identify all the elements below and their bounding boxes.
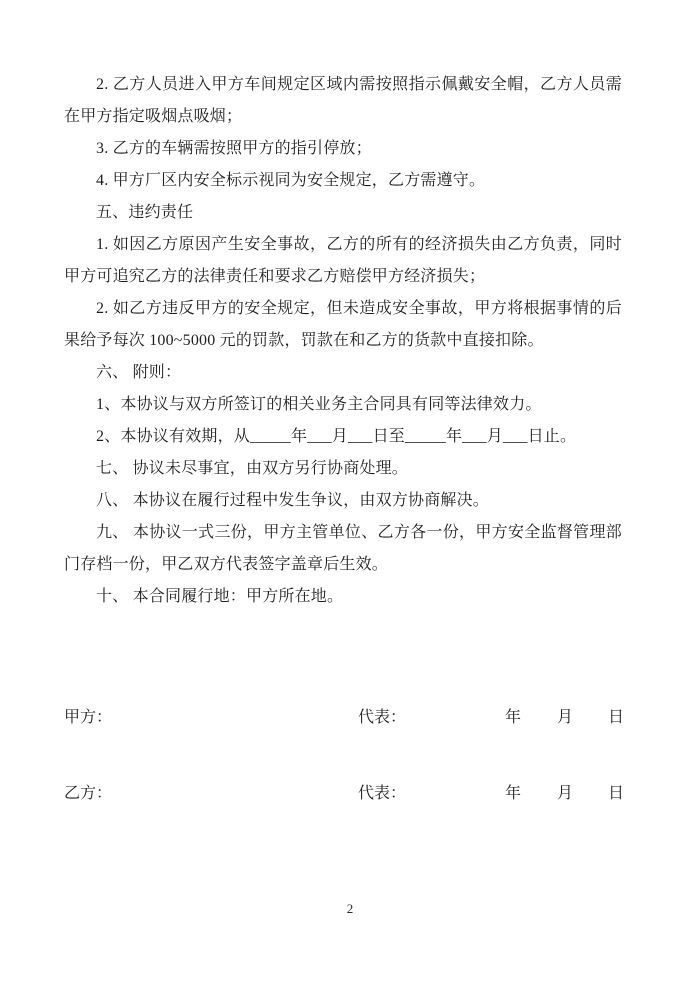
signature-row-party-a: 甲方： 代表： 年 月 日: [64, 706, 638, 730]
party-b-month-label: 月: [557, 782, 573, 806]
party-a-day-label: 日: [608, 706, 624, 730]
document-paragraph: 2. 乙方人员进入甲方车间规定区域内需按照指示佩戴安全帽，乙方人员需在甲方指定吸…: [64, 69, 622, 133]
signature-row-party-b: 乙方： 代表： 年 月 日: [64, 782, 638, 806]
party-b-year-label: 年: [505, 782, 521, 806]
party-a-label: 甲方：: [64, 706, 112, 730]
document-paragraph: 八、 本协议在履行过程中发生争议，由双方协商解决。: [64, 485, 622, 517]
party-b-label: 乙方：: [64, 782, 112, 806]
party-a-month-label: 月: [557, 706, 573, 730]
party-a-representative-label: 代表：: [358, 706, 406, 730]
contract-body: 2. 乙方人员进入甲方车间规定区域内需按照指示佩戴安全帽，乙方人员需在甲方指定吸…: [64, 69, 622, 613]
document-paragraph: 4. 甲方厂区内安全标示视同为安全规定，乙方需遵守。: [64, 165, 622, 197]
party-a-year-label: 年: [505, 706, 521, 730]
page-number: 2: [0, 900, 700, 918]
document-paragraph: 九、 本协议一式三份，甲方主管单位、乙方各一份，甲方安全监督管理部门存档一份，甲…: [64, 517, 622, 581]
document-paragraph: 七、 协议未尽事宜，由双方另行协商处理。: [64, 453, 622, 485]
party-b-representative-label: 代表：: [358, 782, 406, 806]
section-heading-supplementary: 六、 附则：: [64, 357, 622, 389]
party-b-day-label: 日: [608, 782, 624, 806]
document-paragraph: 1. 如因乙方原因产生安全事故，乙方的所有的经济损失由乙方负责，同时甲方可追究乙…: [64, 229, 622, 293]
section-heading-breach-liability: 五、违约责任: [64, 197, 622, 229]
document-paragraph: 3. 乙方的车辆需按照甲方的指引停放；: [64, 133, 622, 165]
document-paragraph: 2. 如乙方违反甲方的安全规定，但未造成安全事故，甲方将根据事情的后果给予每次 …: [64, 293, 622, 357]
document-paragraph-validity-period: 2、本协议有效期，从_____年___月___日至_____年___月___日止…: [64, 421, 622, 453]
document-paragraph: 1、本协议与双方所签订的相关业务主合同具有同等法律效力。: [64, 389, 622, 421]
document-paragraph: 十、 本合同履行地：甲方所在地。: [64, 581, 622, 613]
contract-page: 2. 乙方人员进入甲方车间规定区域内需按照指示佩戴安全帽，乙方人员需在甲方指定吸…: [0, 0, 700, 989]
